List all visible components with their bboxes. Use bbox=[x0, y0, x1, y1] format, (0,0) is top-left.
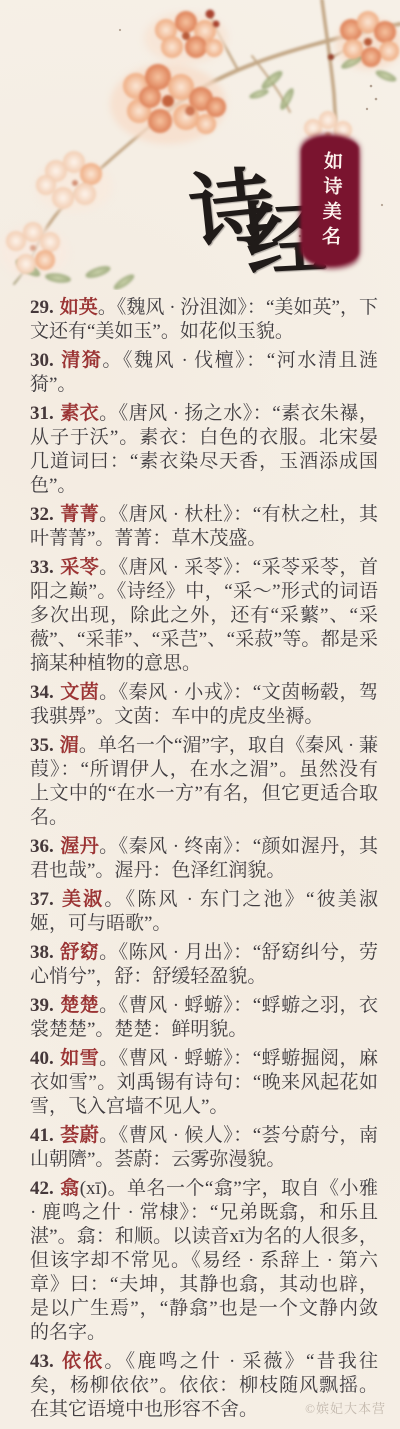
entry: 30.清猗。《魏风 · 伐檀》：“河水清且涟猗”。 bbox=[30, 349, 378, 397]
entry: 32.菁菁。《唐风 · 杕杜》：“有杕之杜，其叶菁菁”。菁菁：草木茂盛。 bbox=[30, 503, 378, 551]
entry: 41.荟蔚。《曹风 · 候人》：“荟兮蔚兮，南山朝隮”。荟蔚：云雾弥漫貌。 bbox=[30, 1124, 378, 1172]
entry-name: 舒窈 bbox=[60, 942, 99, 963]
entry-number: 31. bbox=[30, 403, 54, 424]
entry-name: 翕 bbox=[60, 1178, 80, 1199]
poster: 诗 经 如诗美名 29.如英。《魏风 · 汾沮洳》：“美如英”，下文还有“美如玉… bbox=[0, 0, 400, 1429]
entry-number: 43. bbox=[30, 1351, 54, 1372]
entry-name: 湄 bbox=[60, 735, 79, 756]
seal-text: 如诗美名 bbox=[315, 151, 345, 252]
entry-number: 42. bbox=[30, 1178, 54, 1199]
entry: 39.楚楚。《曹风 · 蜉蝣》：“蜉蝣之羽，衣裳楚楚”。楚楚：鲜明貌。 bbox=[30, 994, 378, 1042]
entry-number: 39. bbox=[30, 995, 54, 1016]
entry-number: 35. bbox=[30, 735, 54, 756]
entry: 33.采苓。《唐风 · 采苓》：“采苓采苓，首阳之巅”。《诗经》中，“采～”形式… bbox=[30, 556, 378, 676]
entry: 29.如英。《魏风 · 汾沮洳》：“美如英”，下文还有“美如玉”。如花似玉貌。 bbox=[30, 296, 378, 344]
entry-number: 30. bbox=[30, 350, 54, 371]
entry-name: 渥丹 bbox=[60, 836, 99, 857]
entry-name: 清猗 bbox=[60, 350, 103, 371]
entry-name: 如雪 bbox=[60, 1048, 99, 1069]
entry: 36.渥丹。《秦风 · 终南》：“颜如渥丹，其君也哉”。渥丹：色泽红润貌。 bbox=[30, 835, 378, 883]
entry-name: 素衣 bbox=[60, 403, 99, 424]
entry: 38.舒窈。《陈风 · 月出》：“舒窈纠兮，劳心悄兮”，舒：舒缓轻盈貌。 bbox=[30, 941, 378, 989]
entry-number: 29. bbox=[30, 297, 54, 318]
entry: 31.素衣。《唐风 · 扬之水》：“素衣朱襮，从子于沃”。素衣：白色的衣服。北宋… bbox=[30, 402, 378, 498]
entry-body: 。单名一个“湄”字，取自《秦风 · 蒹葭》：“所谓伊人，在水之湄”。虽然没有上文… bbox=[30, 735, 378, 828]
entry: 35.湄。单名一个“湄”字，取自《秦风 · 蒹葭》：“所谓伊人，在水之湄”。虽然… bbox=[30, 734, 378, 830]
entry-number: 33. bbox=[30, 557, 54, 578]
entry-number: 36. bbox=[30, 836, 54, 857]
watermark: ©嫔妃大本营 bbox=[305, 1398, 386, 1417]
entry-name: 楚楚 bbox=[60, 995, 99, 1016]
entry-number: 41. bbox=[30, 1125, 54, 1146]
entry-name: 荟蔚 bbox=[60, 1125, 99, 1146]
seal-stamp: 如诗美名 bbox=[301, 136, 359, 266]
entry-name: 采苓 bbox=[60, 557, 99, 578]
entry-name: 菁菁 bbox=[60, 504, 99, 525]
entry-list: 29.如英。《魏风 · 汾沮洳》：“美如英”，下文还有“美如玉”。如花似玉貌。 … bbox=[0, 290, 400, 1422]
entry-number: 34. bbox=[30, 682, 54, 703]
entry-name: 美淑 bbox=[60, 889, 105, 910]
entry-number: 32. bbox=[30, 504, 54, 525]
entry-name: 如英 bbox=[60, 297, 98, 318]
entry-name: 文茵 bbox=[60, 682, 99, 703]
entry-number: 38. bbox=[30, 942, 54, 963]
entry: 40.如雪。《曹风 · 蜉蝣》：“蜉蝣掘阅，麻衣如雪”。刘禹锡有诗句：“晚来风起… bbox=[30, 1047, 378, 1119]
entry-number: 40. bbox=[30, 1048, 54, 1069]
entry-number: 37. bbox=[30, 889, 54, 910]
entry-name: 依依 bbox=[60, 1351, 105, 1372]
entry: 42.翕(xī)。单名一个“翕”字，取自《小雅 · 鹿鸣之什 · 常棣》：“兄弟… bbox=[30, 1177, 378, 1345]
entry: 37.美淑。《陈风 · 东门之池》“彼美淑姬，可与晤歌”。 bbox=[30, 888, 378, 936]
entry-body: (xī)。单名一个“翕”字，取自《小雅 · 鹿鸣之什 · 常棣》：“兄弟既翕，和… bbox=[30, 1178, 378, 1343]
entry: 34.文茵。《秦风 · 小戎》：“文茵畅毂，驾我骐馵”。文茵：车中的虎皮坐褥。 bbox=[30, 681, 378, 729]
header-art: 诗 经 如诗美名 bbox=[0, 0, 400, 290]
